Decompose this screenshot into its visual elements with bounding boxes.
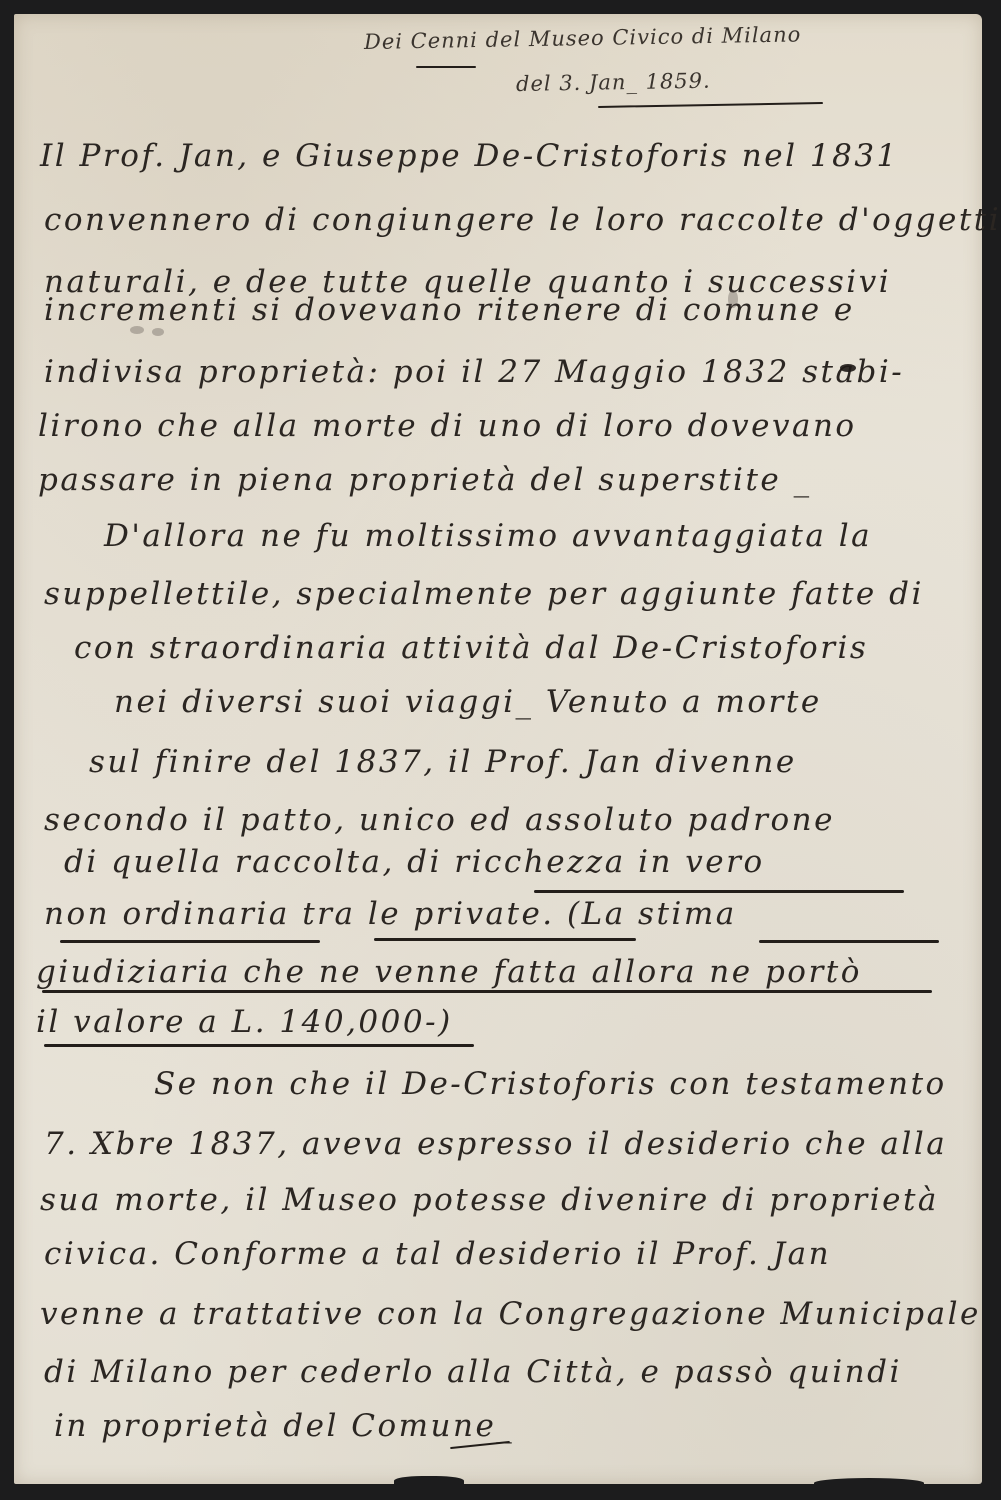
manuscript-page: Dei Cenni del Museo Civico di Milano del… [14,14,982,1484]
text-line-6: lirono che alla morte di uno di loro dov… [38,408,857,444]
ink-blot [840,364,856,372]
torn-edge-notch-2 [814,1478,924,1488]
underline-ordinaria [60,940,320,943]
text-line-7: passare in piena proprietà del superstit… [38,462,812,498]
text-line-15: non ordinaria tra le private. (La stima [44,896,737,932]
text-line-17: il valore a L. 140,000-) [36,1004,453,1040]
text-line-11: nei diversi suoi viaggi_ Venuto a morte [114,684,822,720]
text-line-18: Se non che il De-Cristoforis con testame… [154,1066,947,1102]
text-line-8: D'allora ne fu moltissimo avvantaggiata … [104,518,872,554]
underline-valore [44,1044,474,1047]
text-line-16: giudiziaria che ne venne fatta allora ne… [36,954,862,990]
header-date-underline [598,102,823,108]
text-line-20: sua morte, il Museo potesse divenire di … [40,1182,939,1218]
underline-private [374,938,636,941]
text-line-21: civica. Conforme a tal desiderio il Prof… [44,1236,831,1272]
underline-ricchezza [534,890,904,893]
ink-smudge-2 [130,326,144,334]
header-title: Dei Cenni del Museo Civico di Milano [364,22,802,54]
text-line-14: di quella raccolta, di ricchezza in vero [64,844,765,880]
text-line-9: suppellettile, specialmente per aggiunte… [44,576,924,612]
underline-stima [759,940,939,943]
text-line-19: 7. Xbre 1837, aveva espresso il desideri… [44,1126,947,1162]
text-line-12: sul finire del 1837, il Prof. Jan divenn… [89,744,797,780]
text-line-13: secondo il patto, unico ed assoluto padr… [44,802,835,838]
text-line-1: Il Prof. Jan, e Giuseppe De-Cristoforis … [40,138,899,174]
text-line-22: venne a trattative con la Congregazione … [40,1296,981,1332]
torn-edge-notch [394,1476,464,1488]
text-line-5: indivisa proprietà: poi il 27 Maggio 183… [44,354,904,390]
text-line-24: in proprietà del Comune_ [54,1408,514,1444]
text-line-23: di Milano per cederlo alla Città, e pass… [44,1354,902,1390]
underline-giudiziaria [42,990,932,993]
header-underline-cenni [416,66,476,68]
text-line-2: convennero di congiungere le loro raccol… [44,202,1001,238]
text-line-10: con straordinaria attività dal De-Cristo… [74,630,868,666]
header-date: del 3. Jan_ 1859. [516,69,711,96]
ink-smudge [728,290,738,308]
ink-smudge-3 [152,328,164,336]
